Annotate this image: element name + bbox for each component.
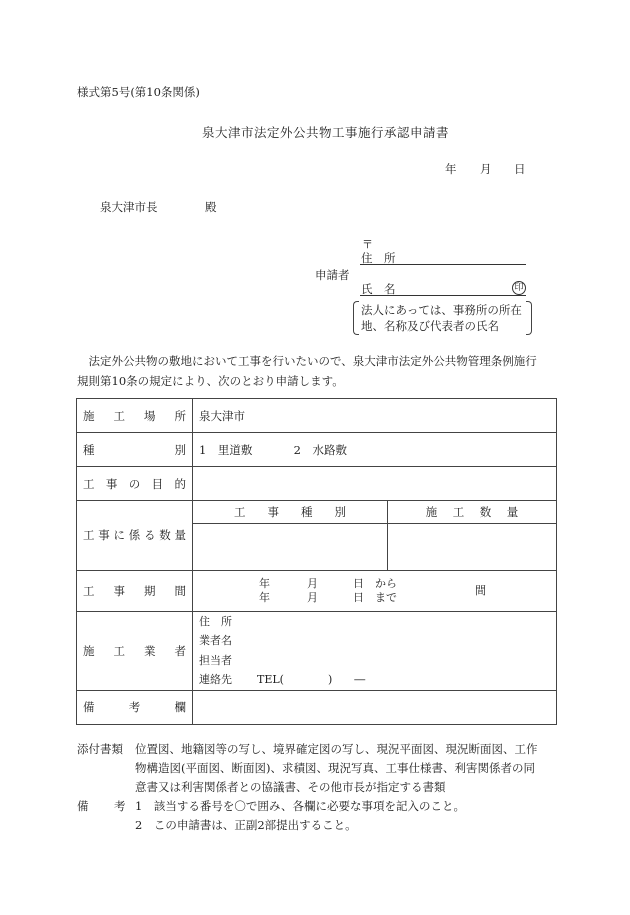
- label-char: の: [129, 476, 141, 492]
- label-char: 工: [83, 583, 95, 599]
- label-char: 事: [106, 476, 118, 492]
- header-char: 種: [301, 504, 313, 520]
- quantity-subheader: 工 事 種 別 施 工 数 量: [193, 501, 556, 524]
- label-char: 考: [129, 699, 141, 715]
- period-end-year: 年: [259, 591, 270, 604]
- attachments-label: 添付書類: [77, 741, 123, 757]
- header-char: 施: [426, 504, 438, 520]
- period-start-day: 日: [353, 577, 364, 590]
- contractor-tel-label: TEL( ) ―: [257, 673, 365, 686]
- work-quantity-field[interactable]: [388, 524, 557, 570]
- label-char: 事: [114, 583, 126, 599]
- header-char: 別: [335, 504, 347, 520]
- notes-item1: 1 該当する番号を〇で囲み、各欄に必要な事項を記入のこと。: [135, 798, 465, 814]
- contractor-contact-label: 連絡先: [199, 673, 232, 686]
- work-type-field[interactable]: [193, 524, 388, 570]
- label-char: 工: [114, 643, 126, 659]
- date-month-label: 月: [480, 161, 492, 177]
- right-bracket-icon: [526, 301, 532, 335]
- label-char: 数: [159, 527, 171, 543]
- contractor-company-label: 業者名: [199, 631, 550, 651]
- purpose-field[interactable]: [193, 467, 557, 501]
- label-char: 者: [175, 643, 187, 659]
- quantity-cell: 工 事 種 別 施 工 数 量: [193, 501, 557, 571]
- addressee-name: 泉大津市長: [100, 199, 158, 215]
- attachments-line1: 位置図、地籍図等の写し、境界確定図の写し、現況平面図、現況断面図、工作: [135, 741, 538, 757]
- left-bracket-icon: [353, 301, 359, 335]
- row-type: 種 別 1 里道敷 2 水路敷: [77, 433, 557, 467]
- label-char: 種: [83, 442, 95, 458]
- remarks-label: 備 考 欄: [77, 690, 193, 724]
- type-option-waterway[interactable]: 2 水路敷: [294, 443, 347, 457]
- intro-line1: 法定外公共物の敷地において工事を行いたいので、泉大津市法定外公共物管理条例施行: [77, 353, 537, 369]
- contractor-label: 施 工 業 者: [77, 611, 193, 690]
- work-quantity-header: 施 工 数 量: [388, 501, 557, 524]
- attachments-line3: 意書又は利害関係者との協議書、その他市長が指定する書類: [135, 779, 446, 795]
- period-duration-label: 間: [475, 584, 486, 597]
- addressee-honorific: 殿: [205, 199, 217, 215]
- header-char: 事: [268, 504, 280, 520]
- label-char: 期: [144, 583, 156, 599]
- label-char: 備: [83, 699, 95, 715]
- label-char: 欄: [175, 699, 187, 715]
- corporate-note-line2: 地、名称及び代表者の氏名: [361, 318, 499, 334]
- period-end-month: 月: [307, 591, 318, 604]
- notes-item2: 2 この申請書は、正副2部提出すること。: [135, 817, 357, 833]
- quantity-label: 工 事 に 係 る 数 量: [77, 501, 193, 571]
- label-char: 施: [83, 408, 95, 424]
- label-char: 業: [144, 643, 156, 659]
- period-end-suffix: まで: [375, 591, 397, 604]
- date-year-label: 年: [445, 161, 457, 177]
- remarks-field[interactable]: [193, 690, 557, 724]
- row-contractor: 施 工 業 者 住 所 業者名 担当者 連絡先 TEL( ) ―: [77, 611, 557, 690]
- location-field[interactable]: 泉大津市: [193, 399, 557, 433]
- row-purpose: 工 事 の 目 的: [77, 467, 557, 501]
- row-remarks: 備 考 欄: [77, 690, 557, 724]
- applicant-address-field[interactable]: [360, 264, 526, 265]
- label-char: 所: [175, 408, 187, 424]
- application-form-table: 施 工 場 所 泉大津市 種 別 1 里道敷 2 水路敷 工 事 の: [76, 398, 557, 725]
- row-location: 施 工 場 所 泉大津市: [77, 399, 557, 433]
- work-type-header: 工 事 種 別: [193, 501, 388, 524]
- purpose-label: 工 事 の 目 的: [77, 467, 193, 501]
- label-char: 別: [175, 442, 187, 458]
- row-period: 工 事 期 間 年 月 日 から 年 月 日 まで 間: [77, 570, 557, 611]
- label-char: 工: [83, 527, 95, 543]
- contractor-field[interactable]: 住 所 業者名 担当者 連絡先 TEL( ) ―: [193, 611, 557, 690]
- applicant-name-field[interactable]: [360, 295, 526, 296]
- quantity-entry-row: [193, 524, 556, 570]
- label-char: 係: [129, 527, 141, 543]
- date-day-label: 日: [514, 161, 526, 177]
- label-char: 量: [175, 527, 187, 543]
- period-start-month: 月: [307, 577, 318, 590]
- type-option-road[interactable]: 1 里道敷: [199, 443, 252, 457]
- corporate-note-line1: 法人にあっては、事務所の所在: [361, 302, 522, 318]
- period-start-suffix: から: [375, 577, 397, 590]
- type-field: 1 里道敷 2 水路敷: [193, 433, 557, 467]
- header-char: 量: [507, 504, 519, 520]
- label-char: 間: [175, 583, 187, 599]
- label-char: 事: [98, 527, 110, 543]
- intro-line2: 規則第10条の規定により、次のとおり申請します。: [77, 373, 344, 389]
- contractor-address-label: 住 所: [199, 612, 550, 632]
- label-char: 工: [114, 408, 126, 424]
- type-label: 種 別: [77, 433, 193, 467]
- form-number: 様式第5号(第10条関係): [77, 84, 200, 100]
- header-char: 工: [453, 504, 465, 520]
- row-quantity: 工 事 に 係 る 数 量 工 事 種 別: [77, 501, 557, 571]
- period-label: 工 事 期 間: [77, 570, 193, 611]
- quantity-subtable: 工 事 種 別 施 工 数 量: [193, 501, 556, 570]
- period-end-day: 日: [353, 591, 364, 604]
- notes-label-b: 考: [114, 798, 126, 814]
- contractor-contact-line: 連絡先 TEL( ) ―: [199, 670, 550, 690]
- label-char: に: [114, 527, 126, 543]
- header-char: 工: [234, 504, 246, 520]
- label-char: 工: [83, 476, 95, 492]
- period-field[interactable]: 年 月 日 から 年 月 日 まで 間: [193, 570, 557, 611]
- location-value: 泉大津市: [199, 409, 245, 423]
- header-char: 数: [480, 504, 492, 520]
- label-char: 的: [175, 476, 187, 492]
- attachments-line2: 物構造図(平面図、断面図)、求積図、現況写真、工事仕様書、利害関係者の同: [135, 760, 535, 776]
- document-title: 泉大津市法定外公共物工事施行承認申請書: [202, 123, 449, 141]
- period-start-year: 年: [259, 577, 270, 590]
- label-char: 場: [144, 408, 156, 424]
- seal-mark-icon: 印: [512, 281, 526, 295]
- location-label: 施 工 場 所: [77, 399, 193, 433]
- applicant-label: 申請者: [315, 267, 350, 283]
- label-char: る: [144, 527, 156, 543]
- label-char: 施: [83, 643, 95, 659]
- label-char: 目: [152, 476, 164, 492]
- contractor-person-label: 担当者: [199, 651, 550, 671]
- notes-label-a: 備: [77, 798, 89, 814]
